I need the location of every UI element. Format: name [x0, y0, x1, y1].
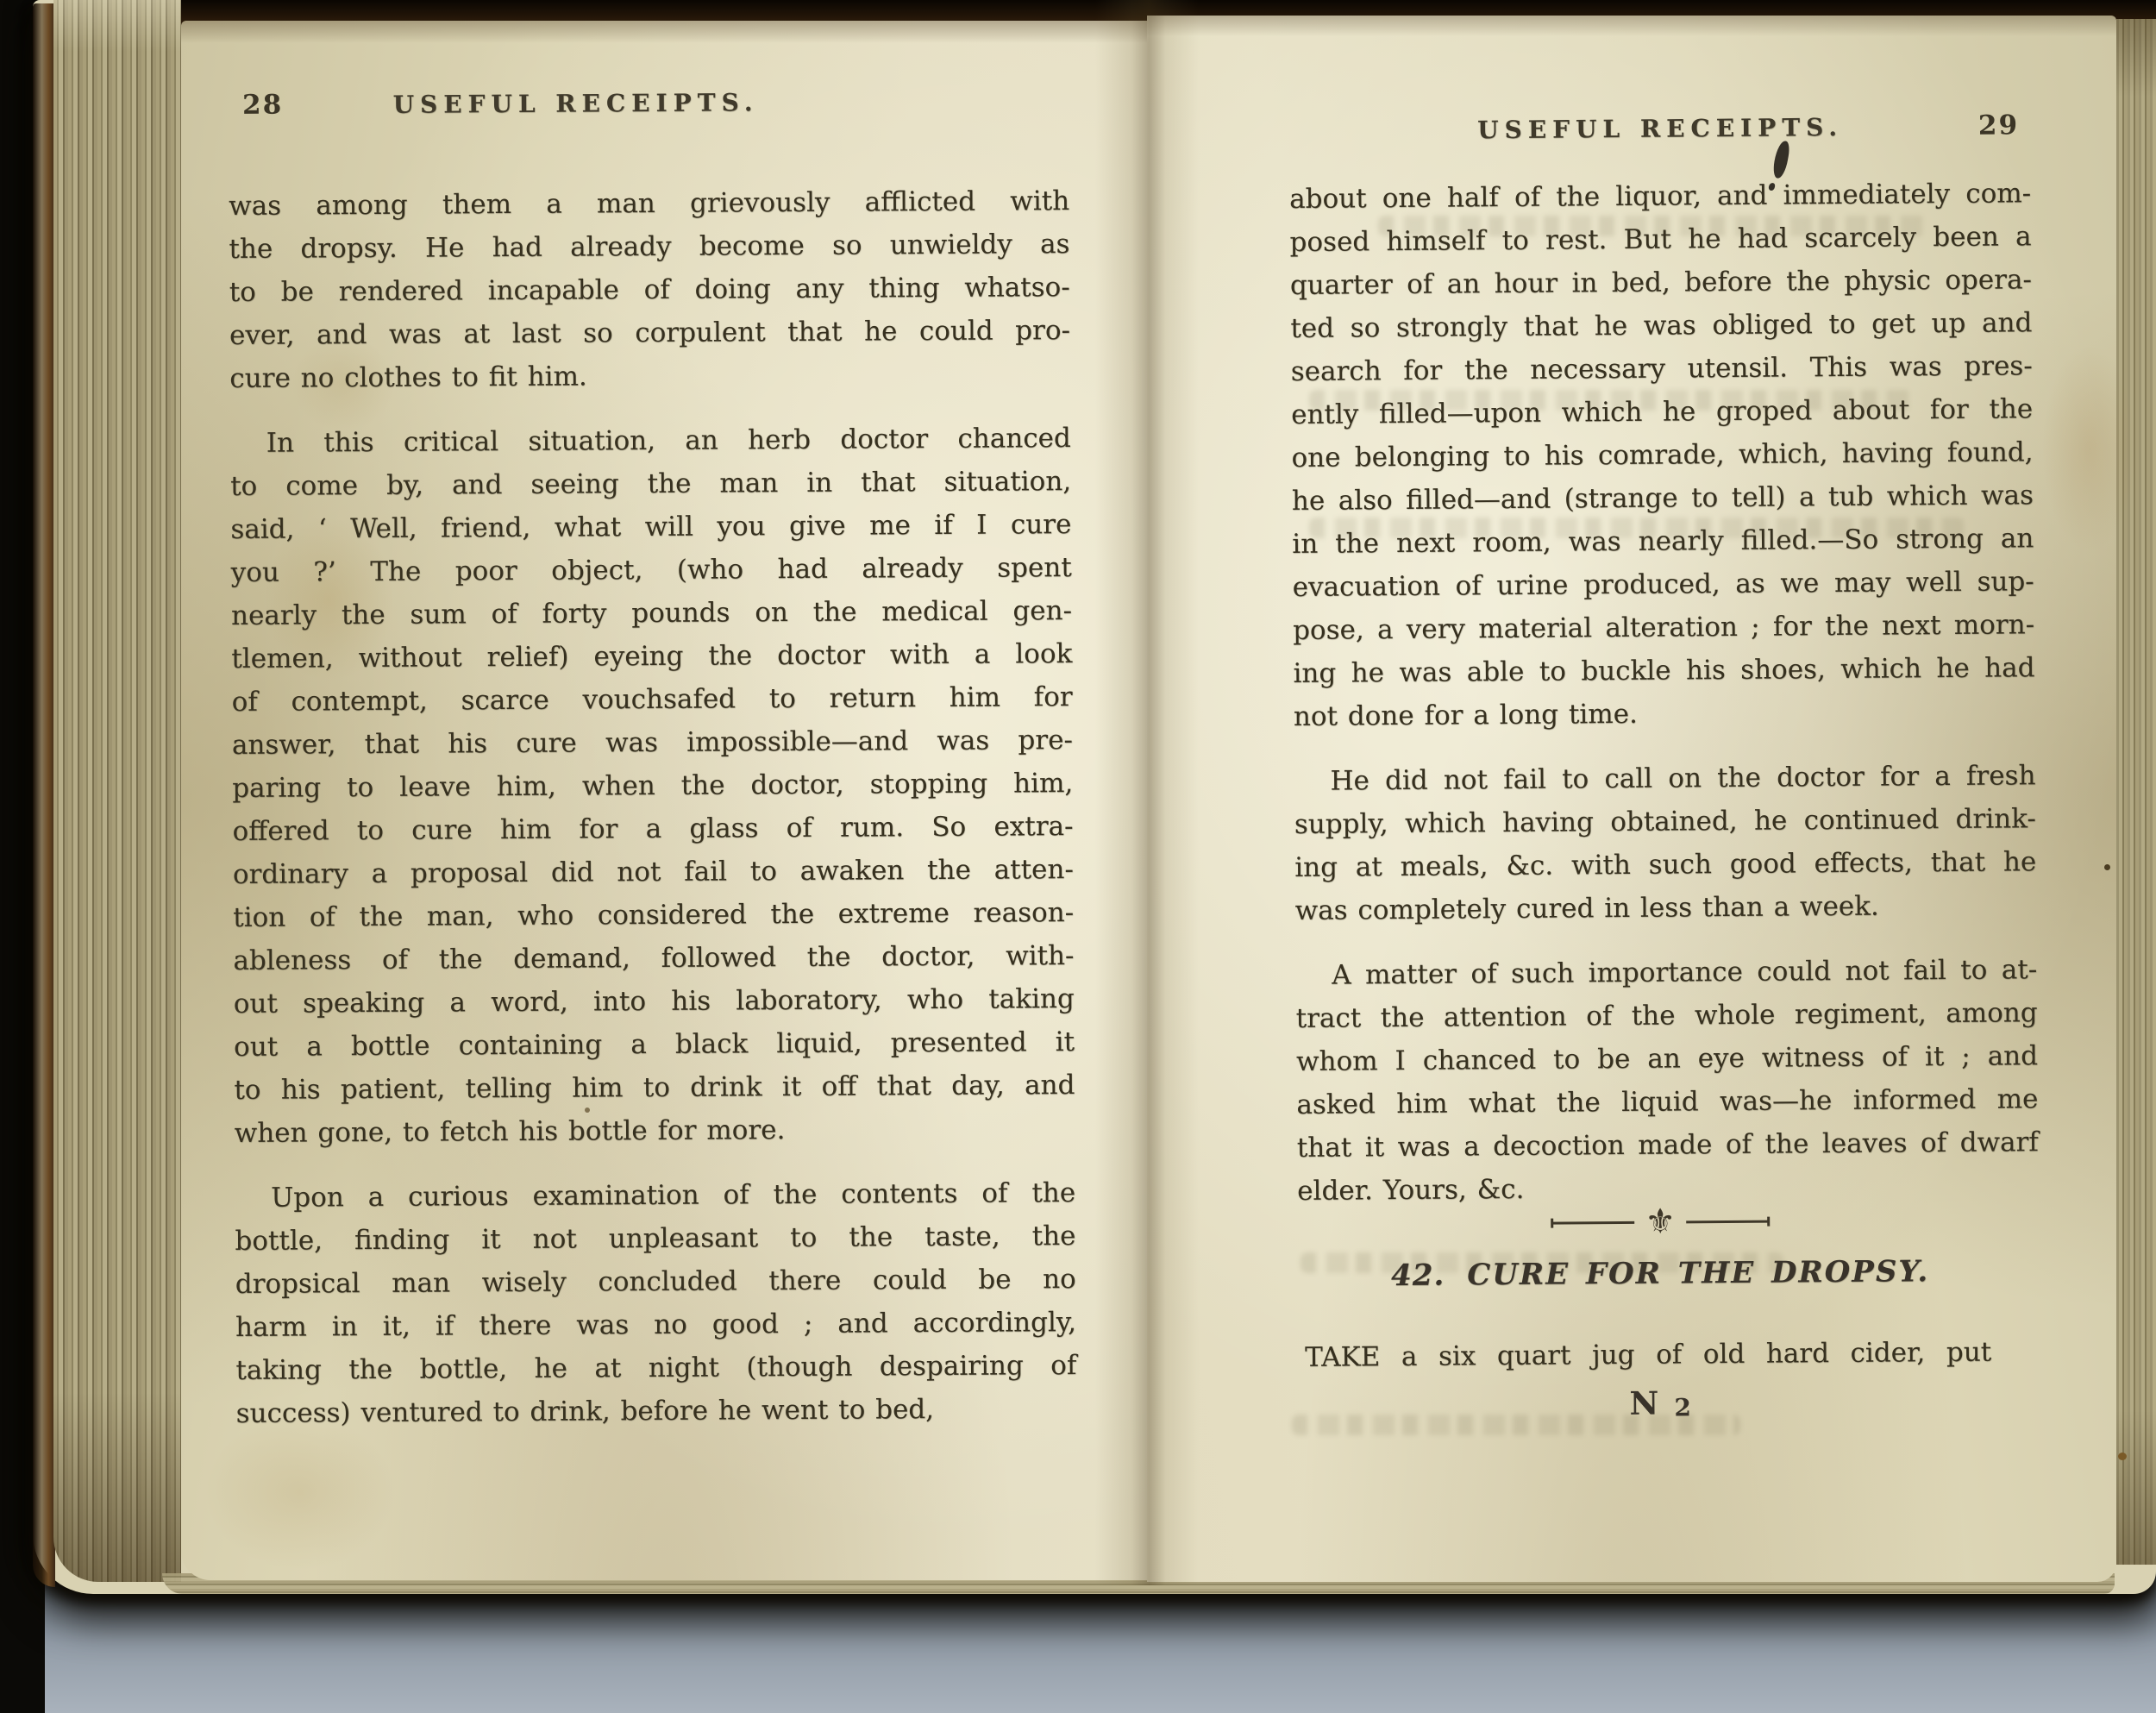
text-line: asked him what the liquid was—he informe… — [1296, 1077, 2038, 1126]
text-line: harm in it, if there was no good ; and a… — [235, 1301, 1076, 1349]
stain — [205, 1415, 395, 1570]
section-number: 42. — [1391, 1258, 1445, 1293]
section-title: CURE FOR THE DROPSY. — [1467, 1254, 1929, 1292]
text-line: ently filled—upon which he groped about … — [1291, 387, 2033, 436]
text-line: when gone, to fetch his bottle for more. — [235, 1107, 1075, 1155]
left-page-header: 28 USEFUL RECEIPTS. — [229, 85, 1069, 135]
fleur-de-lis-icon: ⚜ — [1645, 1204, 1676, 1239]
divider-rule — [1551, 1220, 1634, 1224]
text-line: whom I chanced to be an eye witness of i… — [1296, 1034, 2038, 1083]
text-line: pose, a very material alteration ; for t… — [1293, 603, 2034, 652]
paragraph: about one half of the liquor, and immedi… — [1289, 172, 2035, 738]
text-line: tlemen, without relief) eyeing the docto… — [231, 632, 1072, 681]
section-heading: 42.CURE FOR THE DROPSY. — [1289, 1253, 2031, 1294]
text-line: evacuation of urine produced, as we may … — [1293, 560, 2034, 609]
open-book: 28 USEFUL RECEIPTS. was among them a man… — [33, 0, 2156, 1594]
text-line: Upon a curious examination of the conten… — [235, 1171, 1075, 1220]
text-line: ted so strongly that he was obliged to g… — [1290, 301, 2032, 350]
stain — [2042, 345, 2137, 552]
left-page-body: was among them a man grievously afflicte… — [229, 179, 1077, 1435]
text-line: dropsical man wisely concluded there cou… — [235, 1258, 1076, 1306]
text-line: ing at meals, &c. with such good effects… — [1294, 840, 2036, 889]
right-page-body: about one half of the liquor, and immedi… — [1289, 172, 2039, 1213]
paragraph: In this critical situation, an herb doct… — [230, 417, 1075, 1155]
text-line: paring to leave him, when the doctor, st… — [232, 762, 1073, 810]
signature-numeral: 2 — [1674, 1393, 1691, 1421]
text-line: quarter of an hour in bed, before the ph… — [1290, 258, 2032, 307]
page-edges-right — [2116, 19, 2156, 1565]
text-line: he also filled—and (strange to tell) a t… — [1292, 474, 2034, 523]
text-line: ordinary a proposal did not fail to awak… — [233, 848, 1074, 896]
text-line: posed himself to rest. But he had scarce… — [1289, 215, 2031, 264]
text-line: In this critical situation, an herb doct… — [230, 417, 1071, 465]
text-line: ever, and was at last so corpulent that … — [229, 309, 1070, 357]
text-line: the dropsy. He had already become so unw… — [229, 223, 1069, 271]
text-line: was completely cured in less than a week… — [1294, 883, 2036, 932]
stain — [2118, 1453, 2127, 1460]
text-line: said, ‘ Well, friend, what will you give… — [230, 503, 1071, 551]
text-line: in the next room, was nearly filled.—So … — [1292, 517, 2034, 566]
text-line: out a bottle containing a black liquid, … — [234, 1020, 1075, 1069]
text-line: ableness of the demand, followed the doc… — [233, 934, 1074, 982]
divider-rule — [1686, 1220, 1769, 1223]
stain — [2104, 864, 2110, 870]
text-line: A matter of such importance could not fa… — [1295, 948, 2037, 997]
text-line: taking the bottle, he at night (though d… — [235, 1344, 1076, 1392]
text-line: cure no clothes to fit him. — [229, 352, 1070, 400]
text-line: search for the necessary utensil. This w… — [1291, 344, 2033, 393]
signature-mark: N2 — [1289, 1381, 2031, 1425]
text-line: answer, that his cure was impossible—and… — [232, 718, 1073, 767]
paragraph: He did not fail to call on the doctor fo… — [1294, 754, 2037, 932]
section-divider: ⚜ — [1289, 1195, 2031, 1249]
text-line: tion of the man, who considered the extr… — [233, 891, 1074, 939]
text-line: offered to cure him for a glass of rum. … — [232, 805, 1073, 853]
text-line: bottle, finding it not unpleasant to the… — [235, 1214, 1075, 1263]
text-line: to his patient, telling him to drink it … — [234, 1064, 1075, 1112]
text-line: to be rendered incapable of doing any th… — [229, 266, 1070, 314]
right-page-header: USEFUL RECEIPTS. 29 — [1289, 110, 2031, 160]
text-line: you ?’ The poor object, (who had already… — [231, 546, 1072, 594]
text-line: that it was a decoction made of the leav… — [1297, 1120, 2039, 1170]
paragraph: was among them a man grievously afflicte… — [229, 179, 1071, 400]
text-line: of contempt, scarce vouchsafed to return… — [232, 675, 1073, 724]
text-line: nearly the sum of forty pounds on the me… — [231, 589, 1072, 637]
text-line: tract the attention of the whole regimen… — [1295, 991, 2037, 1040]
running-header: USEFUL RECEIPTS. — [1332, 112, 1988, 146]
gutter-shadow — [1095, 0, 1199, 1585]
text-line: ing he was able to buckle his shoes, whi… — [1293, 646, 2034, 695]
text-line: was among them a man grievously afflicte… — [229, 179, 1069, 228]
paragraph: A matter of such importance could not fa… — [1295, 948, 2039, 1213]
text-line: supply, which having obtained, he contin… — [1294, 797, 2036, 846]
text-line: He did not fail to call on the doctor fo… — [1294, 754, 2035, 803]
text-line: out speaking a word, into his laboratory… — [234, 977, 1075, 1026]
paragraph: Upon a curious examination of the conten… — [235, 1171, 1077, 1435]
running-header: USEFUL RECEIPTS. — [229, 87, 923, 120]
stain — [585, 1107, 590, 1113]
text-line: not done for a long time. — [1294, 689, 2035, 738]
text-line: success) ventured to drink, before he we… — [236, 1387, 1077, 1435]
signature-letter: N — [1629, 1384, 1660, 1422]
book-left-cover — [33, 3, 55, 1587]
section-first-line: TAKE a six quart jug of old hard cider, … — [1289, 1330, 2031, 1379]
scanned-book-photo: 28 USEFUL RECEIPTS. was among them a man… — [0, 0, 2156, 1713]
page-number: 29 — [1978, 110, 2019, 141]
page-edges-left — [53, 0, 181, 1582]
text-line: one belonging to his comrade, which, hav… — [1291, 430, 2033, 480]
text-line: about one half of the liquor, and immedi… — [1289, 172, 2031, 221]
text-line: to come by, and seeing the man in that s… — [230, 460, 1071, 508]
